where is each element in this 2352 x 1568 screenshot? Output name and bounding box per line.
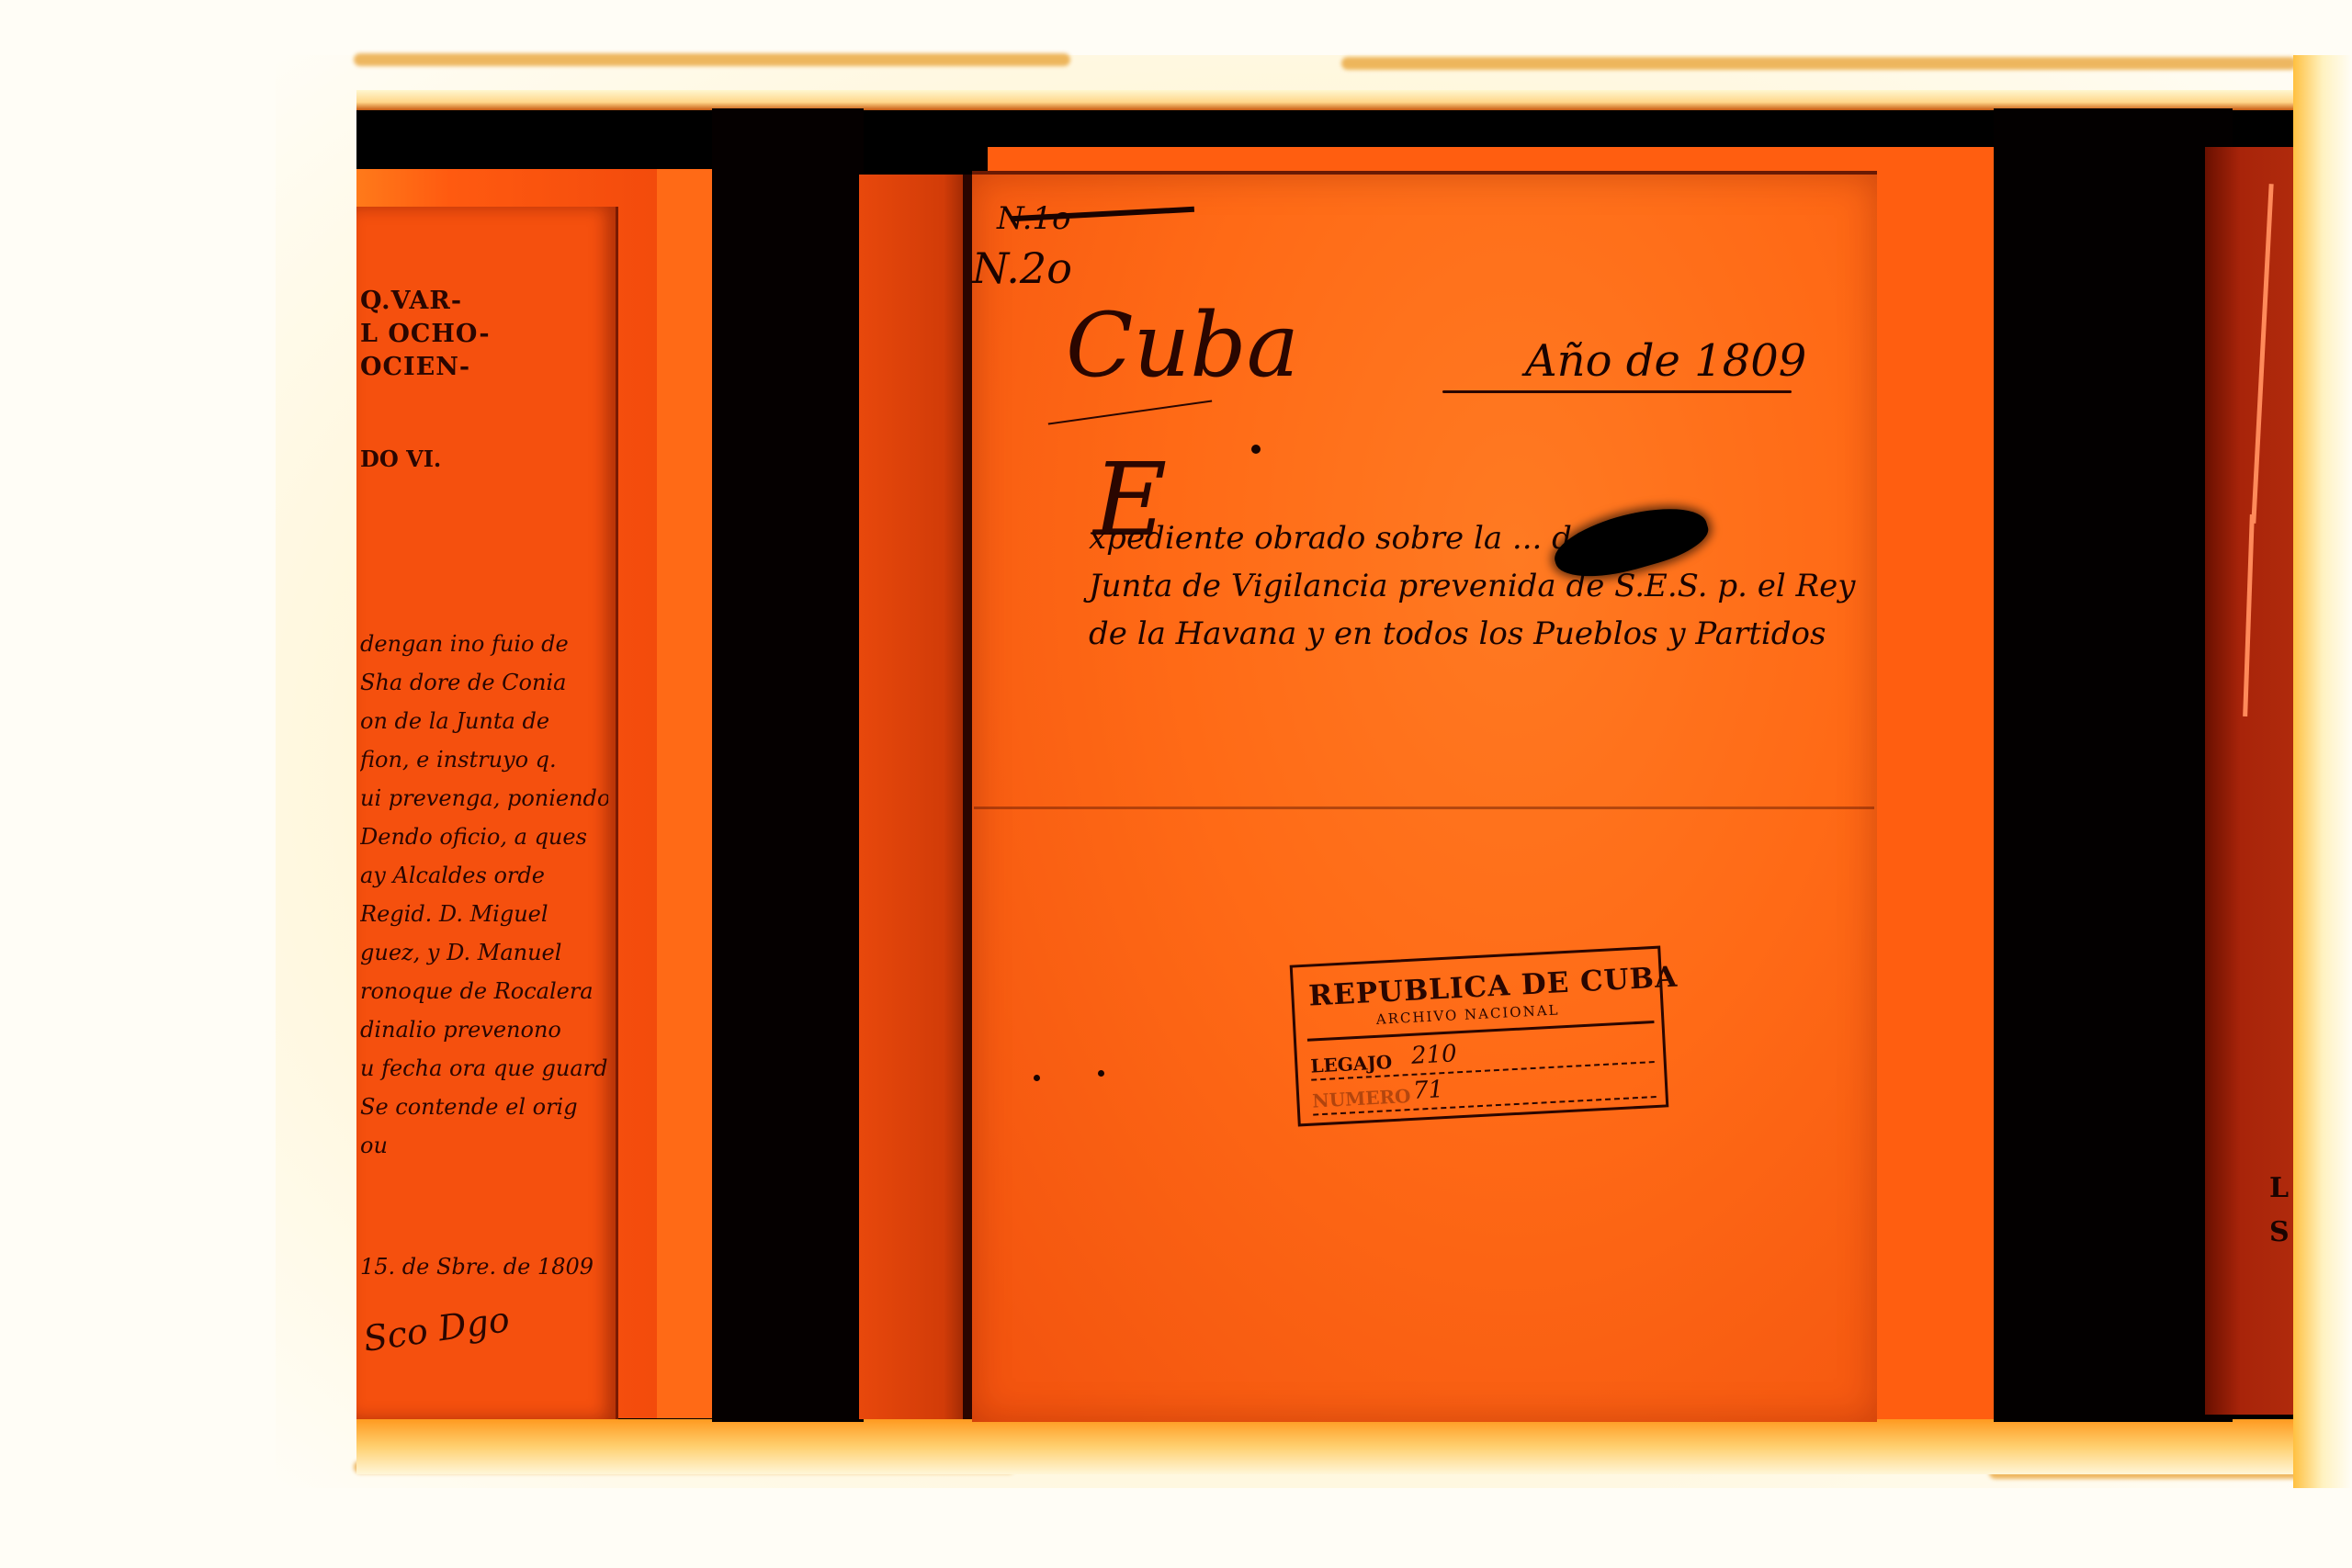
stamp-label: LEGAJO (1310, 1051, 1393, 1077)
left-handwritten-text: dengan ino fuio de Sha dore de Conia on … (360, 625, 608, 1165)
card-letter: L (2269, 1167, 2290, 1211)
body-line: xpediente obrado sobre la ... de la (1089, 514, 1879, 562)
flourish-underline (1442, 390, 1792, 393)
ink-speck (1098, 1070, 1104, 1077)
handwritten-line: Sha dore de Conia (360, 663, 608, 702)
handwritten-line: on de la Junta de (360, 702, 608, 740)
document-year: Año de 1809 (1525, 335, 1806, 387)
stamp-value: 71 (1412, 1076, 1444, 1105)
gap-shadow (1994, 108, 2233, 1422)
right-overexposed-edge (2293, 55, 2352, 1488)
handwritten-line: Dendo oficio, a ques (360, 818, 608, 856)
ink-speck (1034, 1075, 1040, 1081)
printed-line: OCIEN- (360, 351, 491, 384)
folder-spine (859, 175, 965, 1419)
right-card-letters: L S (2269, 1167, 2290, 1255)
printed-line: Q.VAR- (360, 285, 491, 318)
document-number: N.2o (972, 243, 1072, 293)
handwritten-line: Se contende el orig (360, 1088, 608, 1126)
slide-bottom-border (356, 1419, 2293, 1474)
ink-speck (1251, 445, 1261, 454)
handwritten-line: ronoque de Rocalera (360, 972, 608, 1010)
handwritten-line: dinalio prevenono (360, 1010, 608, 1049)
film-edge-smear (1341, 57, 2297, 70)
document-body-text: xpediente obrado sobre la ... de la Junt… (1089, 514, 1879, 658)
handwritten-line: ay Alcaldes orde (360, 856, 608, 895)
handwritten-line: dengan ino fuio de (360, 625, 608, 663)
handwritten-line: u fecha ora que guard (360, 1049, 608, 1088)
handwritten-line: ou (360, 1126, 608, 1165)
struck-document-number: N.1o (997, 200, 1070, 237)
stamp-label: NUMERO (1312, 1085, 1411, 1112)
film-edge-smear (354, 53, 1070, 66)
archive-stamp: REPUBLICA DE CUBA ARCHIVO NACIONAL LEGAJ… (1290, 946, 1669, 1127)
spine-edge (963, 175, 972, 1419)
document-place-title: Cuba (1066, 294, 1299, 397)
handwritten-line: guez, y D. Manuel (360, 933, 608, 972)
gap-shadow (712, 108, 864, 1422)
printed-line: L OCHO- (360, 318, 491, 351)
left-printed-heading: DO VI. (360, 446, 441, 472)
left-page-edge (657, 169, 712, 1418)
body-line: Junta de Vigilancia prevenida de S.E.S. … (1089, 562, 1879, 610)
handwritten-line: fion, e instruyo q. (360, 740, 608, 779)
left-date-line: 15. de Sbre. de 1809 (360, 1254, 594, 1280)
slide-top-border (356, 90, 2293, 110)
handwritten-line: ui prevenga, poniendo (360, 779, 608, 818)
body-line: de la Havana y en todos los Pueblos y Pa… (1089, 610, 1879, 658)
stamp-value: 210 (1410, 1040, 1457, 1070)
left-printed-fragment: Q.VAR- L OCHO- OCIEN- (360, 285, 491, 384)
handwritten-line: Regid. D. Miguel (360, 895, 608, 933)
card-letter: S (2269, 1211, 2290, 1255)
fold-crease (974, 807, 1874, 809)
